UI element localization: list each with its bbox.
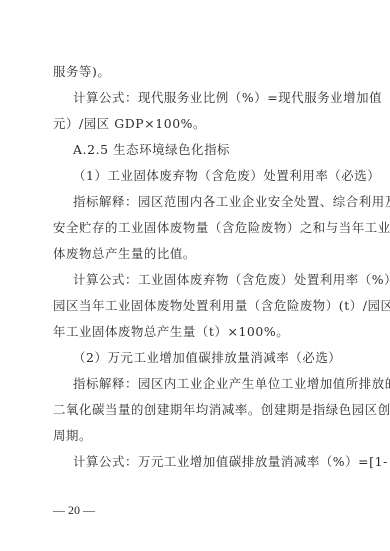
- document-page: 服务等)。 计算公式：现代服务业比例（%）=现代服务业增加值（万 元）/园区 G…: [0, 0, 390, 551]
- formula-line: 园区当年工业固体废物处置利用量（含危险废物）(t）/园区当: [53, 298, 343, 314]
- subsection-heading: （1）工业固体废弃物（含危废）处置利用率（必选）: [73, 168, 343, 184]
- section-heading: A.2.5 生态环境绿色化指标: [73, 142, 343, 158]
- paragraph-line: 体废物总产生量的比值。: [53, 246, 343, 262]
- formula-line: 年工业固体废物总产生量（t）×100%。: [53, 324, 343, 340]
- paragraph-line: 二氧化碳当量的创建期年均消减率。创建期是指绿色园区创建: [53, 402, 343, 418]
- formula-line: 元）/园区 GDP×100%。: [53, 116, 343, 132]
- paragraph-line: 服务等)。: [53, 64, 343, 80]
- page-number: — 20 —: [53, 503, 95, 518]
- paragraph-line: 周期。: [53, 428, 343, 444]
- formula-line: 计算公式：现代服务业比例（%）=现代服务业增加值（万: [73, 90, 343, 106]
- paragraph-line: 安全贮存的工业固体废物量（含危险废物）之和与当年工业固: [53, 220, 343, 236]
- subsection-heading: （2）万元工业增加值碳排放量消减率（必选）: [73, 350, 343, 366]
- paragraph-line: 指标解释：园区内工业企业产生单位工业增加值所排放的: [73, 376, 343, 392]
- formula-line: 计算公式：工业固体废弃物（含危废）处置利用率（%）=: [73, 272, 343, 288]
- paragraph-line: 指标解释：园区范围内各工业企业安全处置、综合利用及: [73, 194, 343, 210]
- formula-line: 计算公式：万元工业增加值碳排放量消减率（%）=[1-（验: [73, 454, 343, 470]
